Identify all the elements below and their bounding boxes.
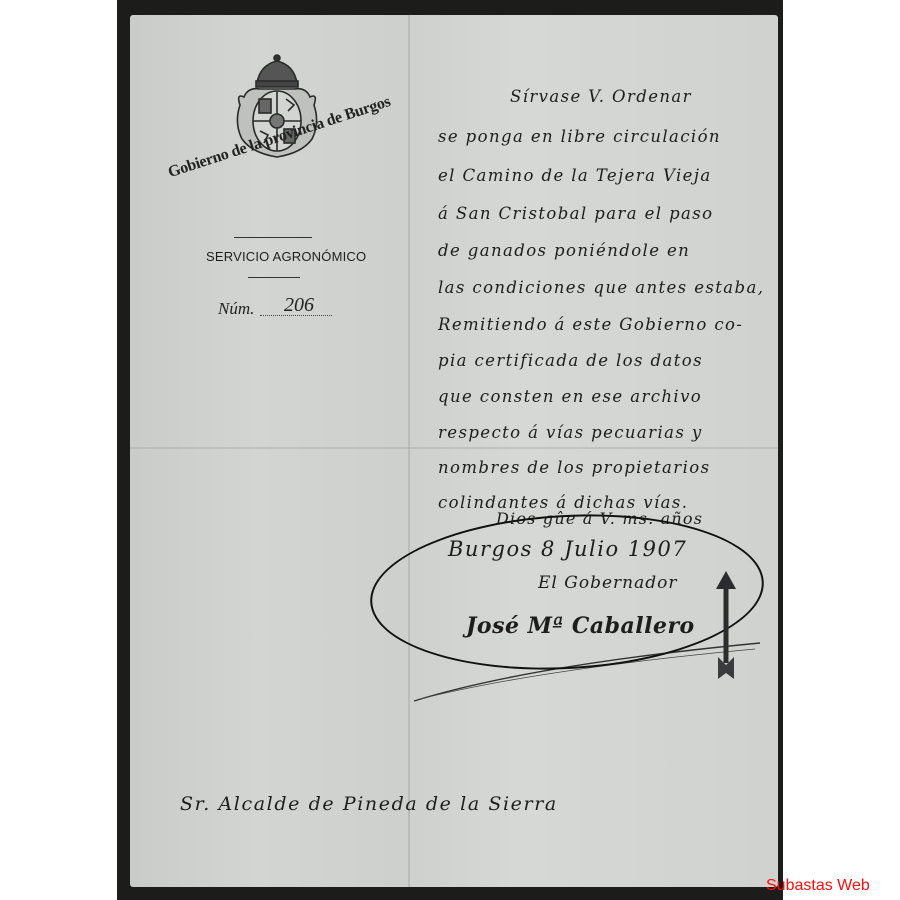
number-value: 206 — [284, 294, 314, 317]
addressee-line: Sr. Alcalde de Pineda de la Sierra — [180, 793, 558, 815]
body-line: de ganados poniéndole en — [438, 241, 690, 260]
body-line: pia certificada de los datos — [438, 351, 703, 370]
number-label: Núm. — [218, 299, 254, 319]
body-line: se ponga en libre circulación — [438, 127, 721, 146]
body-line: respecto á vías pecuarias y — [438, 423, 703, 442]
watermark-label: Subastas Web — [766, 877, 870, 895]
letterhead-service: SERVICIO AGRONÓMICO — [206, 249, 366, 264]
fold-line-vertical — [408, 15, 410, 887]
body-line: nombres de los propietarios — [438, 458, 710, 477]
body-line: las condiciones que antes estaba, — [438, 278, 764, 297]
body-line: el Camino de la Tejera Vieja — [438, 166, 712, 185]
fold-line-horizontal — [130, 447, 778, 449]
body-line: que consten en ese archivo — [438, 387, 702, 406]
body-line: á San Cristobal para el paso — [438, 204, 714, 223]
divider-rule — [234, 237, 312, 238]
body-line: Remitiendo á este Gobierno co- — [438, 315, 743, 334]
document-paper: Gobierno de la provincia de Burgos SERVI… — [130, 15, 778, 887]
divider-rule — [248, 277, 300, 278]
arrow-up-icon — [714, 571, 738, 681]
body-line: Sírvase V. Ordenar — [510, 87, 692, 106]
